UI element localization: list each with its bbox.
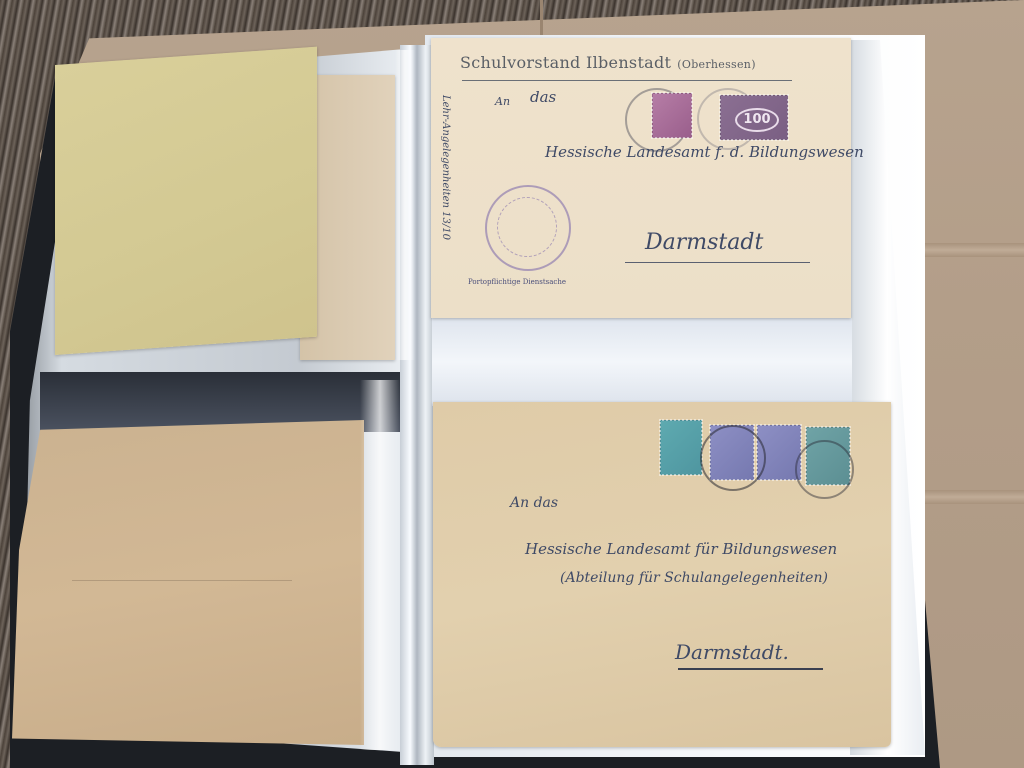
postmark [700, 425, 766, 491]
header-rule [462, 80, 792, 81]
vertical-handwritten-note: Lehr-Angelegenheiten 13/10 [440, 95, 451, 240]
envelope-top-left [55, 47, 317, 355]
cardboard-seam [540, 0, 543, 40]
stamp-turquoise [660, 420, 702, 475]
sender-name: Schulvorstand Ilbenstadt [460, 53, 671, 72]
empty-sleeve-area [432, 318, 852, 406]
seal-caption: Portopflichtige Dienstsache [468, 278, 566, 286]
address-das: das [530, 88, 556, 106]
city-underline [625, 262, 810, 263]
envelope-bottom-left [12, 420, 364, 745]
address-recipient: Hessische Landesamt f. d. Bildungswesen [545, 143, 864, 161]
sleeve-glare [360, 380, 400, 750]
postmark [795, 440, 854, 499]
address-department: (Abteilung für Schulangelegenheiten) [560, 570, 828, 586]
address-an: An [495, 95, 510, 108]
envelope-flap-edge [72, 580, 292, 581]
address-salutation: An das [510, 495, 558, 511]
address-city: Darmstadt [645, 230, 763, 255]
stamp-value: 100 [735, 108, 779, 132]
address-recipient: Hessische Landesamt für Bildungswesen [525, 540, 837, 558]
stamp-violet-100: 100 [720, 95, 788, 140]
address-city: Darmstadt. [675, 640, 789, 664]
sender-region: (Oberhessen) [677, 58, 756, 71]
sleeve-glare [395, 50, 415, 360]
city-underline [678, 668, 823, 670]
printed-sender-header: Schulvorstand Ilbenstadt(Oberhessen) [460, 53, 756, 72]
stamp-magenta [652, 93, 692, 138]
seal-inner-ring [497, 197, 557, 257]
